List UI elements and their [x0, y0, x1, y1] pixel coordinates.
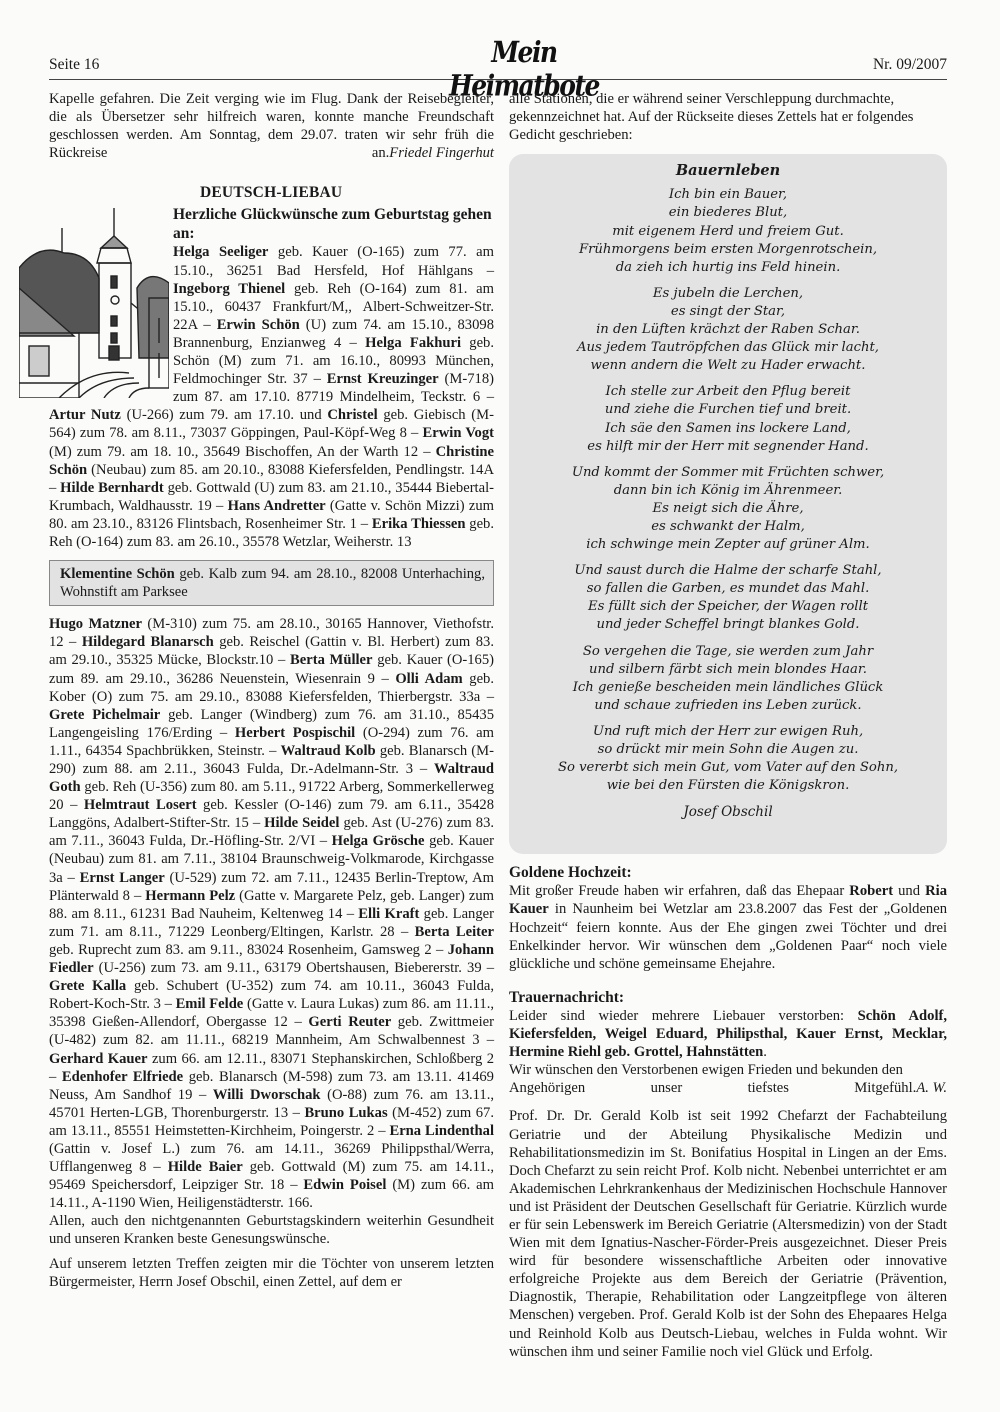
text-segment: Mit großer Freude haben wir erfahren, da…: [509, 883, 849, 899]
poem-line: ich schwinge mein Zepter auf grüner Alm.: [509, 536, 947, 554]
poem-stanza: Es jubeln die Lerchen,es singt der Star,…: [509, 285, 947, 375]
poem-line: Ich stelle zur Arbeit den Pflug bereit: [509, 383, 947, 401]
continuation-paragraph: Auf unserem letzten Treffen zeigten mir …: [49, 1255, 494, 1291]
person-name: Berta Müller: [290, 652, 373, 668]
person-name: Hildegard Blanarsch: [82, 634, 214, 650]
poem-stanza: Und saust durch die Halme der scharfe St…: [509, 562, 947, 634]
person-name: Ernst Kreuzinger: [327, 371, 439, 387]
poem-line: und ziehe die Furchen tief und breit.: [509, 401, 947, 419]
highlight-box: Klementine Schön geb. Kalb zum 94. am 28…: [49, 560, 494, 606]
person-name: Hugo Matzner: [49, 616, 142, 632]
person-name: Hilde Baier: [168, 1159, 243, 1175]
person-name: Helga Seeliger: [173, 244, 268, 260]
poem-line: es hilft mir der Herr mit segnender Hand…: [509, 438, 947, 456]
obituary-text: Leider sind wieder mehrere Liebauer vers…: [509, 1007, 947, 1061]
poem-stanzas: Ich bin ein Bauer,ein biederes Blut,mit …: [509, 186, 947, 795]
poem-line: so drückt mir mein Sohn die Augen zu.: [509, 741, 947, 759]
poem-line: in den Lüften krächzt der Raben Schar.: [509, 321, 947, 339]
person-name: Bruno Lukas: [304, 1105, 387, 1121]
person-name: Artur Nutz: [49, 407, 121, 423]
poem-line: Ich bin ein Bauer,: [509, 186, 947, 204]
poem-line: Aus jedem Tautröpfchen das Glück mir lac…: [509, 339, 947, 357]
poem-intro: alle Stationen, die er während seiner Ve…: [509, 90, 947, 144]
obituary-heading: Trauernachricht:: [509, 989, 947, 1007]
poem-author: Josef Obschil: [509, 803, 947, 821]
person-name: Waltraud Kolb: [281, 743, 376, 759]
person-name: Helga Grösche: [332, 833, 425, 849]
poem-stanza: Und kommt der Sommer mit Früchten schwer…: [509, 464, 947, 554]
person-name: Ernst Langer: [80, 870, 165, 886]
poem-stanza: So vergehen die Tage, sie werden zum Jah…: [509, 643, 947, 715]
person-name: Erna Lindenthal: [389, 1123, 494, 1139]
poem-line: so fallen die Garben, es mundet das Mahl…: [509, 580, 947, 598]
poem-line: So vererbt sich mein Gut, vom Vater auf …: [509, 759, 947, 777]
issue-number: Nr. 09/2007: [873, 56, 947, 74]
person-name: Gerhard Kauer: [49, 1051, 148, 1067]
poem-line: es schwankt der Halm,: [509, 518, 947, 536]
person-name: Klementine Schön: [60, 566, 175, 582]
left-column: Kapelle gefahren. Die Zeit verging wie i…: [49, 90, 494, 1291]
entry-text: geb. Ruprecht zum 83. am 9.11., 83024 Ro…: [49, 942, 448, 958]
text-segment: und: [893, 883, 925, 899]
person-name: Grete Kalla: [49, 978, 126, 994]
person-name: Ingeborg Thienel: [173, 281, 285, 297]
person-name: Erika Thiessen: [372, 516, 466, 532]
obituary-closing: Wir wünschen den Verstorbenen ewigen Fri…: [509, 1061, 947, 1097]
page-number: Seite 16: [49, 56, 99, 74]
poem-line: ein biederes Blut,: [509, 204, 947, 222]
page-header: Seite 16 Mein Heimatbote Nr. 09/2007: [49, 44, 947, 80]
entry-text: (U-266) zum 79. am 17.10. und: [121, 407, 327, 423]
person-name: Hilde Seidel: [264, 815, 339, 831]
intro-paragraph: Kapelle gefahren. Die Zeit verging wie i…: [49, 90, 494, 162]
intro-signature: Friedel Fingerhut: [389, 144, 494, 162]
poem-line: Und saust durch die Halme der scharfe St…: [509, 562, 947, 580]
person-name: Hans Andretter: [228, 498, 326, 514]
poem-line: So vergehen die Tage, sie werden zum Jah…: [509, 643, 947, 661]
church-illustration-icon: [19, 208, 169, 398]
entry-text: (U-256) zum 73. am 9.11., 63179 Obertsha…: [94, 960, 494, 976]
person-name: Berta Leiter: [415, 924, 494, 940]
golden-wedding-text: Mit großer Freude haben wir erfahren, da…: [509, 882, 947, 972]
poem-line: Und kommt der Sommer mit Früchten schwer…: [509, 464, 947, 482]
section-title: DEUTSCH-LIEBAU: [200, 184, 494, 202]
closing-wishes: Allen, auch den nichtgenannten Geburtsta…: [49, 1212, 494, 1248]
person-name: Grete Pichelmair: [49, 707, 160, 723]
poem-line: Es neigt sich die Ähre,: [509, 500, 947, 518]
text-segment: .: [763, 1044, 767, 1060]
right-column: alle Stationen, die er während seiner Ve…: [509, 90, 947, 1361]
obituary-signature: A. W.: [916, 1079, 947, 1097]
poem-line: mit eigenem Herd und freiem Gut.: [509, 223, 947, 241]
person-name: Helmtraut Losert: [84, 797, 197, 813]
person-name: Hilde Bernhardt: [60, 480, 164, 496]
poem-line: wenn andern die Welt zu Hader erwacht.: [509, 357, 947, 375]
poem-line: Und ruft mich der Herr zur ewigen Ruh,: [509, 723, 947, 741]
person-name: Olli Adam: [395, 671, 462, 687]
person-name: Herbert Pospischil: [235, 725, 355, 741]
golden-wedding-heading: Goldene Hochzeit:: [509, 864, 947, 882]
poem-stanza: Und ruft mich der Herr zur ewigen Ruh,so…: [509, 723, 947, 795]
person-name: Edenhofer Elfriede: [62, 1069, 183, 1085]
poem-line: und silbern färbt sich mein blondes Haar…: [509, 661, 947, 679]
text-segment: Leider sind wieder mehrere Liebauer vers…: [509, 1008, 858, 1024]
person-name: Erwin Vogt: [423, 425, 494, 441]
poem-line: es singt der Star,: [509, 303, 947, 321]
poem-line: wie bei den Fürsten die Königskron.: [509, 777, 947, 795]
birthday-list-continued: Hugo Matzner (M-310) zum 75. am 28.10., …: [49, 615, 494, 1212]
person-name: Christel: [327, 407, 377, 423]
person-name: Robert: [849, 883, 893, 899]
poem-line: Frühmorgens beim ersten Morgenrotschein,: [509, 241, 947, 259]
kolb-article: Prof. Dr. Dr. Gerald Kolb ist seit 1992 …: [509, 1107, 947, 1360]
poem-line: Ich genieße bescheiden mein ländliches G…: [509, 679, 947, 697]
poem-line: Es füllt sich der Speicher, der Wagen ro…: [509, 598, 947, 616]
person-name: Erwin Schön: [217, 317, 300, 333]
poem-line: Es jubeln die Lerchen,: [509, 285, 947, 303]
poem-line: Ich säe den Samen ins lockere Land,: [509, 420, 947, 438]
person-name: Hermann Pelz: [145, 888, 235, 904]
poem-line: dann bin ich König im Ährenmeer.: [509, 482, 947, 500]
poem-box: Bauernleben Ich bin ein Bauer,ein bieder…: [509, 154, 947, 854]
poem-line: da zieh ich hurtig ins Feld hinein.: [509, 259, 947, 277]
person-name: Helga Fakhuri: [365, 335, 461, 351]
person-name: Edwin Poisel: [303, 1177, 386, 1193]
text-segment: Wir wünschen den Verstorbenen ewigen Fri…: [509, 1062, 916, 1096]
text-segment: in Naunheim bei Wetzlar am 23.8.2007 das…: [509, 901, 947, 971]
person-name: Gerti Reuter: [308, 1014, 391, 1030]
poem-line: und schaue zufrieden ins Leben zurück.: [509, 697, 947, 715]
poem-title: Bauernleben: [509, 162, 947, 180]
person-name: Emil Felde: [176, 996, 244, 1012]
poem-line: und jeder Scheffel bringt blankes Gold.: [509, 616, 947, 634]
poem-stanza: Ich stelle zur Arbeit den Pflug bereitun…: [509, 383, 947, 455]
person-name: Elli Kraft: [358, 906, 419, 922]
person-name: Willi Dworschak: [213, 1087, 321, 1103]
entry-text: (M) zum 79. am 18. 10., 35649 Bischoffen…: [49, 444, 436, 460]
poem-stanza: Ich bin ein Bauer,ein biederes Blut,mit …: [509, 186, 947, 276]
